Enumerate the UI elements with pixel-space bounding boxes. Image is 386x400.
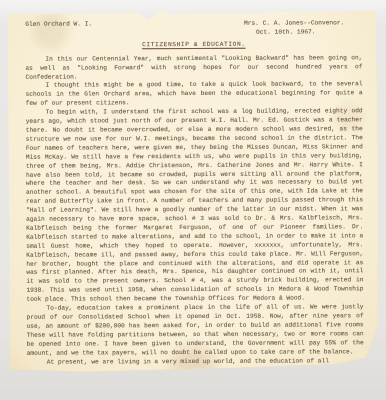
document-page: Glen Orchard W. I. Mrs. C. A. Jones--Con… [6,8,379,372]
organization-name: Glen Orchard W. I. [25,20,92,29]
header-right-block: Mrs. C. A. Jones--Convenor. Oct. 10th. 1… [244,19,344,37]
document-date: Oct. 10th. 1967. [244,28,344,37]
paragraph: I thought this might be a good time, to … [26,81,363,109]
paragraph: In this our Centennial Year, much sentim… [25,54,362,82]
paragraph: At present, we are living in a very mixe… [27,357,364,367]
convenor-name: Mrs. C. A. Jones--Convenor. [244,19,344,28]
document-header: Glen Orchard W. I. Mrs. C. A. Jones--Con… [25,19,362,38]
page-content: Glen Orchard W. I. Mrs. C. A. Jones--Con… [6,8,379,388]
paragraph: To begin with, I understand the first sc… [26,107,364,304]
handwritten-note: SEE OTHER SIDE [27,366,304,383]
document-title: CITIZENSHIP & EDUCATION. [25,40,362,50]
paragraph: To-day, education takes a prominent plac… [26,303,363,358]
scan-background: Glen Orchard W. I. Mrs. C. A. Jones--Con… [0,0,386,400]
